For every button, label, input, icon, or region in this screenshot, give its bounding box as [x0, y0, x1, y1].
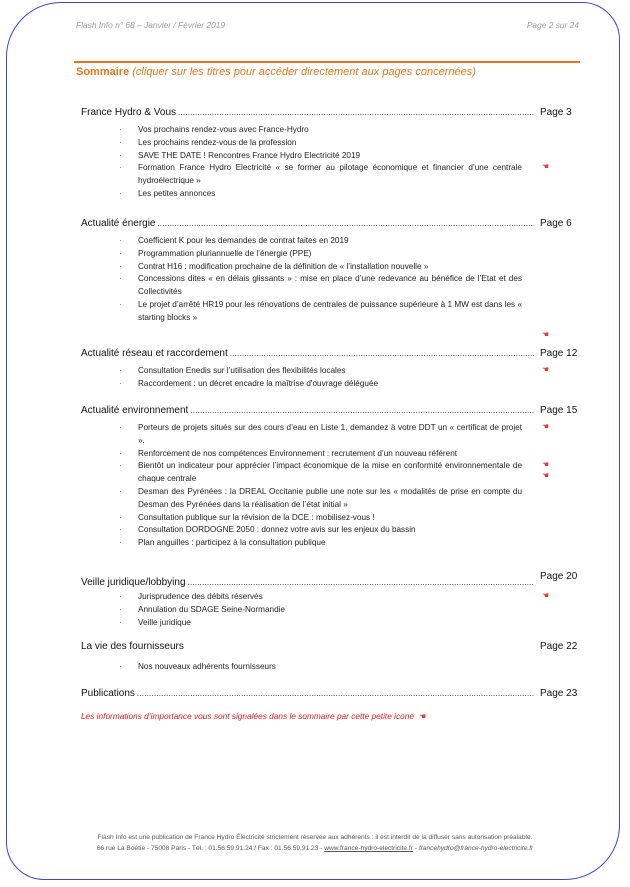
section-page: Page 6	[536, 218, 578, 229]
dot-leader: ........................................…	[190, 406, 534, 415]
toc-item[interactable]: Consultation DORDOGNE 2050 : donnez votr…	[81, 524, 578, 537]
toc-item[interactable]: Porteurs de projets situés sur des cours…	[81, 422, 578, 448]
toc-item[interactable]: Annulation du SDAGE Seine-Normandie	[81, 604, 578, 617]
toc-item[interactable]: SAVE THE DATE ! Rencontres France Hydro …	[81, 150, 578, 163]
page-header: Flash Info n° 68 – Janvier / Février 201…	[76, 20, 579, 30]
toc-item[interactable]: Bientôt un indicateur pour apprécier l’i…	[81, 460, 578, 486]
sommaire-heading: Sommaire (cliquer sur les titres pour ac…	[76, 66, 476, 78]
section-items: Jurisprudence des débits réservés☚ Annul…	[81, 591, 578, 629]
section-items: Nos nouveaux adhérents fournisseurs	[81, 661, 578, 674]
toc-item[interactable]: Le projet d’arrêté HR19 pour les rénovat…	[81, 299, 578, 325]
toc-item[interactable]: Renforcement de nos compétences Environn…	[81, 448, 578, 461]
section-title: Publications	[81, 688, 135, 699]
toc-section-fournisseurs: La vie des fournisseurs . Page 22 Nos no…	[81, 641, 578, 674]
toc-item[interactable]: Vos prochains rendez-vous avec France-Hy…	[81, 124, 578, 137]
section-items: Coefficient K pour les demandes de contr…	[81, 235, 578, 325]
toc-item[interactable]: Jurisprudence des débits réservés☚	[81, 591, 578, 604]
toc-section-link[interactable]: Actualité réseau et raccordement .......…	[81, 348, 578, 362]
toc-item[interactable]: Concessions dites « en délais glissants …	[81, 273, 578, 299]
section-page: Page 15	[536, 405, 578, 416]
importance-note: Les informations d’importance vous sont …	[81, 711, 426, 721]
toc-section-publications: Publications ...........................…	[81, 688, 578, 702]
toc-section-veille: Veille juridique/lobbying ..............…	[81, 577, 578, 629]
email-address[interactable]: francehydro@france-hydro-electricite.fr	[419, 845, 533, 852]
section-page: Page 20	[536, 571, 578, 582]
pointing-hand-icon: ☚	[542, 365, 549, 375]
toc-item[interactable]: Consultation publique sur la révision de…	[81, 512, 578, 525]
toc-item[interactable]: Programmation pluriannuelle de l’énergie…	[81, 248, 578, 261]
section-items: Porteurs de projets situés sur des cours…	[81, 422, 578, 550]
toc-item[interactable]: Nos nouveaux adhérents fournisseurs	[81, 661, 578, 674]
section-title: Actualité environnement	[81, 405, 188, 416]
footer-contact: 66 rue La Boétie - 75008 Paris - Tél. : …	[0, 843, 630, 854]
toc-item[interactable]: Contrat H16 : modification prochaine de …	[81, 261, 578, 274]
section-title: Veille juridique/lobbying	[81, 577, 186, 588]
pointing-hand-icon: ☚	[542, 162, 549, 172]
section-items: Vos prochains rendez-vous avec France-Hy…	[81, 124, 578, 201]
dot-leader: ........................................…	[188, 578, 534, 587]
pointing-hand-icon: ☚	[542, 591, 549, 601]
issue-label: Flash Info n° 68 – Janvier / Février 201…	[76, 20, 225, 30]
section-title: Actualité réseau et raccordement	[81, 348, 228, 359]
toc-item[interactable]: Formation France Hydro Electricité « se …	[81, 162, 578, 188]
sommaire-subtitle: (cliquer sur les titres pour accéder dir…	[132, 66, 476, 78]
toc-section-link[interactable]: Veille juridique/lobbying ..............…	[81, 577, 578, 591]
section-page: Page 23	[536, 688, 578, 699]
page-counter: Page 2 sur 24	[527, 20, 579, 30]
toc-section-link[interactable]: Publications ...........................…	[81, 688, 578, 702]
toc-section-link[interactable]: La vie des fournisseurs . Page 22	[81, 641, 578, 655]
toc-section-link[interactable]: France Hydro & Vous ....................…	[81, 107, 578, 121]
toc-item[interactable]: Coefficient K pour les demandes de contr…	[81, 235, 578, 248]
pointing-hand-icon: ☚	[419, 712, 426, 721]
dot-leader: ........................................…	[178, 108, 534, 117]
toc-item[interactable]: Les prochains rendez-vous de la professi…	[81, 137, 578, 150]
toc-item[interactable]: Veille juridique	[81, 617, 578, 630]
page-footer: Flash Info est une publication de France…	[0, 832, 630, 854]
section-title: France Hydro & Vous	[81, 107, 176, 118]
pointing-hand-icon: ☚	[542, 471, 549, 481]
section-items: Consultation Enedis sur l’utilisation de…	[81, 365, 578, 391]
section-page: Page 22	[536, 641, 578, 652]
section-page: Page 3	[536, 107, 578, 118]
toc-section-environnement: Actualité environnement ................…	[81, 405, 578, 550]
toc-item[interactable]: Raccordement : un décret encadre la maît…	[81, 378, 578, 391]
toc-section-energie: Actualité énergie ......................…	[81, 218, 578, 325]
footer-disclaimer: Flash Info est une publication de France…	[0, 832, 630, 843]
toc-section-link[interactable]: Actualité environnement ................…	[81, 405, 578, 419]
dot-leader: ........................................…	[230, 349, 534, 358]
toc-section-france-hydro: France Hydro & Vous ....................…	[81, 107, 578, 201]
dot-leader: ........................................…	[158, 219, 535, 228]
footer-address: 66 rue La Boétie - 75008 Paris - Tél. : …	[97, 845, 325, 852]
toc-item[interactable]: Plan anguilles : participez à la consult…	[81, 537, 578, 550]
sommaire-title: Sommaire	[76, 66, 129, 78]
toc-item[interactable]: Les petites annonces	[81, 188, 578, 201]
pointing-hand-icon: ☚	[542, 460, 549, 470]
dot-leader: ........................................…	[137, 689, 534, 698]
toc-section-reseau: Actualité réseau et raccordement .......…	[81, 348, 578, 391]
section-title: Actualité énergie	[81, 218, 156, 229]
toc-item[interactable]: Consultation Enedis sur l’utilisation de…	[81, 365, 578, 378]
pointing-hand-icon: ☚	[542, 422, 549, 432]
website-link[interactable]: www.france-hydro-electricite.fr	[324, 845, 413, 852]
section-title: La vie des fournisseurs	[81, 641, 184, 652]
toc-section-link[interactable]: Actualité énergie ......................…	[81, 218, 578, 232]
section-page: Page 12	[536, 348, 578, 359]
title-rule	[74, 61, 580, 63]
toc-item[interactable]: Desman des Pyrénées : la DREAL Occitanie…	[81, 486, 578, 512]
pointing-hand-icon: ☚	[542, 330, 549, 340]
